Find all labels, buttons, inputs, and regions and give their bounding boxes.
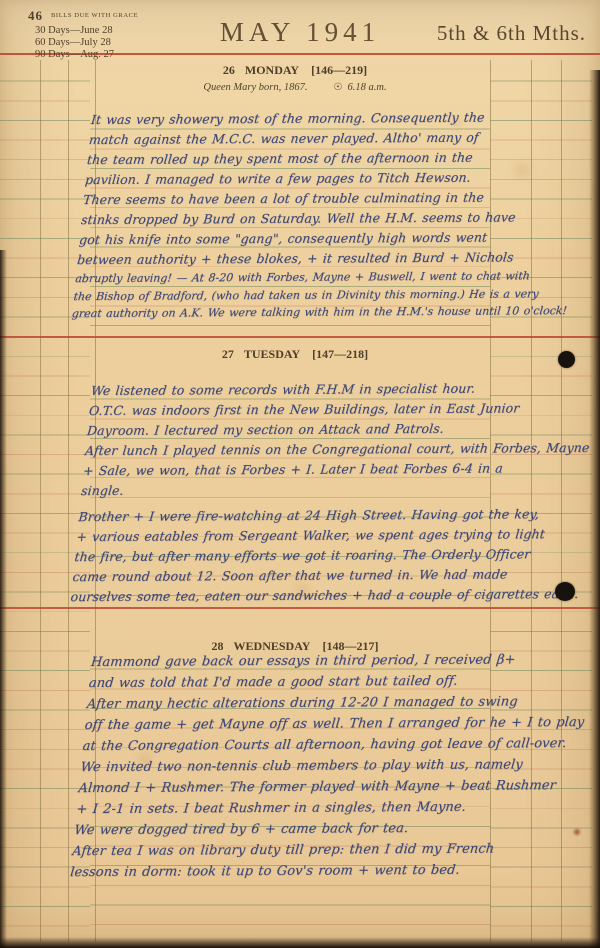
text-line: the team rolled up they spent most of th…: [86, 148, 490, 170]
text-line: abruptly leaving! — At 8-20 with Forbes,…: [74, 268, 478, 288]
text-line: got his knife into some "gang", conseque…: [78, 228, 482, 250]
text-line: After lunch I played tennis on the Congr…: [84, 439, 488, 461]
scan-edge-right: [589, 70, 600, 948]
entry-header-monday: 26MONDAY[146—219]: [90, 63, 500, 78]
handwritten-entry-monday: It was very showery most of the morning.…: [71, 108, 494, 323]
entry-header-tuesday: 27TUESDAY[147—218]: [90, 347, 500, 362]
vertical-rule: [531, 60, 532, 942]
ruled-lines-right-margin: [490, 62, 592, 938]
text-line: stinks dropped by Burd on Saturday. Well…: [80, 208, 484, 230]
hole-punch: [555, 582, 575, 601]
day-number: 27: [222, 347, 234, 361]
diary-page: 46BILLS DUE WITH GRACE 30 Days—June 2860…: [0, 0, 600, 948]
anniversary-note: Queen Mary born, 1867.: [203, 82, 307, 93]
text-line: After tea I was on library duty till pre…: [71, 839, 475, 862]
red-rule-after-monday: [0, 336, 600, 338]
text-line: + I 2-1 in sets. I beat Rushmer in a sin…: [75, 797, 479, 820]
day-number: 26: [223, 63, 235, 77]
text-line: single.: [80, 479, 484, 501]
day-name: MONDAY: [245, 63, 299, 77]
text-line: We listened to some records with F.H.M i…: [90, 379, 494, 401]
text-line: + Sale, we won, that is Forbes + I. Late…: [82, 459, 486, 481]
scan-edge-left: [0, 250, 7, 948]
text-line: After many hectic alterations during 12-…: [86, 692, 490, 715]
text-line: O.T.C. was indoors first in the New Buil…: [88, 399, 492, 421]
text-line: ourselves some tea, eaten our sandwiches…: [70, 585, 474, 607]
text-line: We invited two non-tennis club members t…: [80, 755, 484, 778]
text-line: great authority on A.K. We were talking …: [71, 303, 475, 323]
sunrise-time: 6.18 a.m.: [347, 82, 386, 93]
vertical-rule: [561, 60, 562, 942]
day-range: [146—219]: [311, 63, 367, 77]
text-line: the fire, but after many efforts we got …: [74, 545, 478, 567]
text-line: Brother + I were fire-watching at 24 Hig…: [78, 505, 482, 527]
text-line: between authority + these blokes, + it r…: [76, 248, 480, 270]
vertical-rule: [68, 60, 69, 942]
text-line: There seems to have been a lot of troubl…: [82, 188, 486, 210]
entry-note-monday: Queen Mary born, 1867.☉6.18 a.m.: [90, 82, 500, 93]
text-line: pavilion. I managed to write a few pages…: [84, 168, 488, 190]
text-line: off the game + get Mayne off as well. Th…: [84, 713, 488, 736]
sun-icon: ☉: [334, 82, 343, 93]
day-name: TUESDAY: [244, 347, 300, 361]
text-line: lessons in dorm: took it up to Gov's roo…: [69, 860, 473, 883]
text-line: 90 Days—Aug. 27: [35, 49, 138, 61]
text-line: + various eatables from Sergeant Walker,…: [76, 525, 480, 547]
vertical-rule: [40, 60, 41, 942]
text-line: Dayroom. I lectured my section on Attack…: [86, 419, 490, 441]
text-line: Almond I + Rushmer. The former played wi…: [77, 776, 481, 799]
text-line: at the Congregation Courts all afternoon…: [82, 734, 486, 757]
day-range: [147—218]: [312, 347, 368, 361]
paper-stains: [0, 0, 4, 4]
months-label: 5th & 6th Mths.: [437, 21, 586, 46]
hole-punch: [558, 351, 575, 368]
text-line: It was very showery most of the morning.…: [90, 108, 494, 130]
handwritten-entry-tuesday: We listened to some records with F.H.M i…: [70, 379, 494, 608]
text-line: came round about 12. Soon after that we …: [72, 565, 476, 587]
scan-edge-bottom: [0, 937, 600, 948]
text-line: match against the M.C.C. was never playe…: [88, 128, 492, 150]
vertical-rule: [490, 60, 491, 942]
text-line: We were dogged tired by 6 + came back fo…: [73, 818, 477, 841]
handwritten-entry-wednesday: Hammond gave back our essays in third pe…: [69, 650, 494, 884]
red-rule-after-tuesday: [0, 607, 600, 609]
text-line: and was told that I'd made a good start …: [88, 671, 492, 694]
text-line: Hammond gave back our essays in third pe…: [90, 650, 494, 673]
